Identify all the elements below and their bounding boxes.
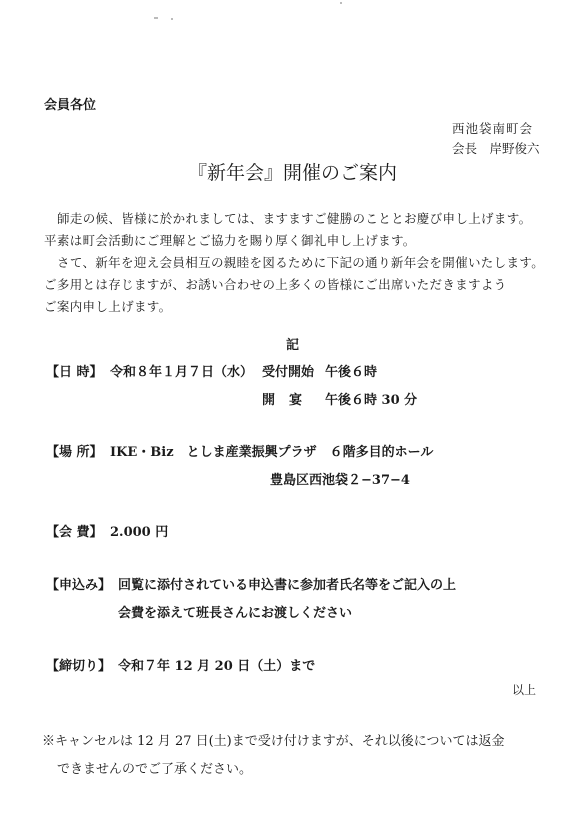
reception-time: 午後６時 bbox=[325, 361, 377, 380]
scan-speck bbox=[340, 2, 342, 4]
cancellation-note: できませんのでご了承ください。 bbox=[57, 758, 252, 777]
application-label: 【申込み】 bbox=[46, 574, 111, 593]
venue-address: 豊島区西池袋２−37−4 bbox=[270, 469, 410, 488]
body-line: ご多用とは存じますが、お誘い合わせの上多くの皆様にご出席いただきますよう bbox=[44, 275, 507, 293]
application-line: 会費を添えて班長さんにお渡しください bbox=[118, 602, 352, 621]
sender-organization: 西池袋南町会 bbox=[452, 119, 533, 137]
cancellation-note: ※キャンセルは 12 月 27 日(土)まで受け付けますが、それ以後については返… bbox=[42, 730, 505, 749]
deadline-label: 【締切り】 bbox=[46, 655, 111, 674]
ki-heading: 記 bbox=[0, 334, 585, 353]
datetime-date: 令和８年１月７日（水） bbox=[110, 361, 253, 380]
scan-speck bbox=[171, 18, 173, 20]
document-title: 『新年会』開催のご案内 bbox=[0, 158, 585, 185]
deadline-value: 令和７年 12 月 20 日（土）まで bbox=[118, 655, 315, 674]
opening-time: 午後６時 30 分 bbox=[325, 389, 417, 408]
venue-label: 【場 所】 bbox=[46, 441, 103, 460]
application-line: 回覧に添付されている申込書に参加者氏名等をご記入の上 bbox=[118, 574, 456, 593]
sender-name: 会長 岸野俊六 bbox=[452, 139, 540, 157]
opening-label: 開宴 bbox=[262, 389, 316, 408]
body-line: ご案内申し上げます。 bbox=[44, 297, 172, 315]
addressee: 会員各位 bbox=[44, 94, 96, 113]
body-line: 平素は町会活動にご理解とご協力を賜り厚く御礼申し上げます。 bbox=[44, 231, 416, 249]
fee-label: 【会 費】 bbox=[46, 521, 103, 540]
reception-label: 受付開始 bbox=[262, 361, 314, 380]
datetime-label: 【日 時】 bbox=[46, 361, 103, 380]
venue-name: IKE・Biz としま産業振興プラザ ６階多目的ホール bbox=[110, 441, 433, 460]
body-line: さて、新年を迎え会員相互の親睦を図るために下記の通り新年会を開催いたします。 bbox=[57, 253, 544, 271]
fee-value: 2.000 円 bbox=[110, 521, 168, 540]
closing-mark: 以上 bbox=[512, 681, 536, 698]
scan-speck bbox=[154, 17, 158, 19]
body-line: 師走の候、皆様に於かれましては、ますますご健勝のこととお慶び申し上げます。 bbox=[57, 209, 531, 227]
